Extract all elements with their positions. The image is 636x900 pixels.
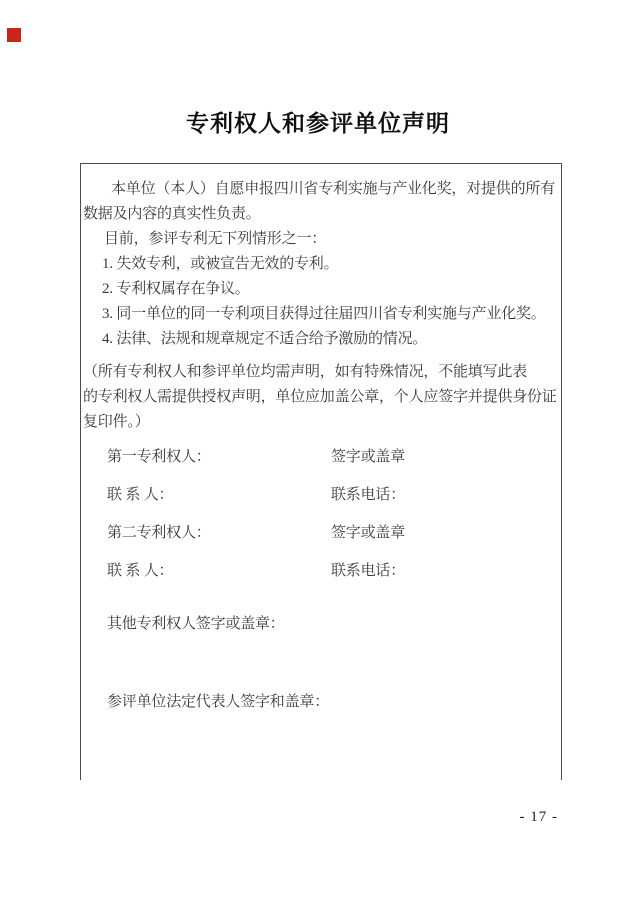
condition-item-4: 4. 法律、法规和规章规定不适合给予激励的情况。 xyxy=(83,327,559,352)
condition-item-1: 1. 失效专利，或被宣告无效的专利。 xyxy=(83,252,559,277)
contact-phone-label-1: 联系电话： xyxy=(331,483,559,508)
contact-person-label-2: 联 系 人： xyxy=(83,559,331,584)
patentee-2-row: 第二专利权人： 签字或盖章 xyxy=(83,521,559,546)
signature-section: 第一专利权人： 签字或盖章 联 系 人： 联系电话： 第二专利权人： 签字或盖章… xyxy=(83,445,559,584)
contact-1-row: 联 系 人： 联系电话： xyxy=(83,483,559,508)
note-paragraph: （所有专利权人和参评单位均需声明，如有特殊情况，不能填写此表 的专利权人需提供授… xyxy=(83,360,559,435)
patentee-1-row: 第一专利权人： 签字或盖章 xyxy=(83,445,559,470)
other-patentee-label: 其他专利权人签字或盖章： xyxy=(83,612,559,637)
contact-phone-label-2: 联系电话： xyxy=(331,559,559,584)
page-number: - 17 - xyxy=(520,809,559,826)
first-patentee-label: 第一专利权人： xyxy=(83,445,331,470)
sign-or-seal-label-2: 签字或盖章 xyxy=(331,521,559,546)
red-corner-mark xyxy=(7,28,21,42)
responsibility-paragraph: 本单位（本人）自愿申报四川省专利实施与产业化奖，对提供的所有 数据及内容的真实性… xyxy=(83,177,559,227)
condition-item-2: 2. 专利权属存在争议。 xyxy=(83,277,559,302)
second-patentee-label: 第二专利权人： xyxy=(83,521,331,546)
conditions-intro-paragraph: 目前，参评专利无下列情形之一： xyxy=(83,227,559,252)
page-title: 专利权人和参评单位声明 xyxy=(0,106,636,140)
condition-item-3: 3. 同一单位的同一专利项目获得过往届四川省专利实施与产业化奖。 xyxy=(83,302,559,327)
declaration-box: 本单位（本人）自愿申报四川省专利实施与产业化奖，对提供的所有 数据及内容的真实性… xyxy=(80,163,562,780)
contact-2-row: 联 系 人： 联系电话： xyxy=(83,559,559,584)
sign-or-seal-label-1: 签字或盖章 xyxy=(331,445,559,470)
unit-representative-label: 参评单位法定代表人签字和盖章： xyxy=(83,690,559,715)
contact-person-label-1: 联 系 人： xyxy=(83,483,331,508)
